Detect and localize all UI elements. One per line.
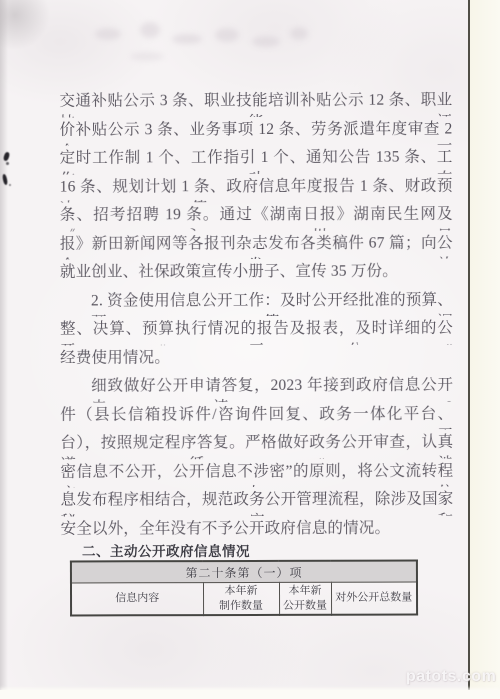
body-line: 报》新田新闻网等各报刊杂志发布各类稿件 67 篇；向公众发放 (60, 230, 453, 260)
bleed-through-smudge (140, 22, 160, 38)
scanner-bottom-edge (0, 690, 500, 699)
bleed-through-smudge (290, 27, 308, 40)
bleed-through-smudge (172, 34, 202, 44)
table-span-header: 第二十条第（一）项 (71, 561, 417, 583)
scanner-edge-strip (468, 0, 500, 699)
body-line: 密信息不公开，公开信息不涉密”的原则，将公文流转程序与信 (60, 458, 453, 488)
bleed-through-smudge (95, 28, 121, 40)
body-line: 息发布程序相结合，规范政务公开管理流程，除涉及国家秘密和 (60, 486, 453, 516)
body-line: 台），按照规定程序答复。严格做好政务公开审查，认真遵循“涉 (60, 429, 453, 459)
column-header-total-public: 对外公开总数量 (331, 582, 417, 615)
body-line: 细致做好公开申请答复，2023 年接到政府信息公开申请 8 (60, 372, 453, 402)
disclosure-statistics-table: 第二十条第（一）项 信息内容 本年新 制作数量 本年新 公开数量 对外公开总数量 (70, 560, 418, 617)
scanned-document-page: 交通补贴公示 3 条、职业技能培训补贴公示 12 条、职业技能评 价补贴公示 3… (0, 0, 500, 699)
body-line: 条、招考招聘 19 条。通过《湖南日报》湖南民生网及《永州日 (60, 201, 453, 231)
body-line: 2. 资金使用信息公开工作：及时公开经批准的预算、预算调 (60, 287, 453, 317)
body-line: 交通补贴公示 3 条、职业技能培训补贴公示 12 条、职业技能评 (59, 87, 452, 117)
body-line: 整、决算、预算执行情况的报告及报表，及时详细的公开“三公” (60, 315, 453, 345)
bleed-through-smudge (252, 36, 280, 47)
column-header-info-content: 信息内容 (71, 583, 203, 616)
body-line: 16 条、规划计划 1 条、政府信息年度报告 1 条、财政预决算 2 (60, 173, 453, 203)
bleed-through-smudge (215, 28, 239, 42)
body-line: 经费使用情况。 (60, 344, 453, 374)
body-line: 就业创业、社保政策宣传小册子、宣传 35 万份。 (60, 258, 453, 288)
page-left-edge-shadow (0, 0, 8, 699)
ink-speck (3, 151, 11, 161)
ink-speck (9, 184, 11, 186)
section-heading: 二、主动公开政府信息情况 (82, 540, 250, 560)
corner-shadow (0, 0, 50, 50)
body-line: 价补贴公示 3 条、业务事项 12 条、劳务派遣年度审查 2 个、不 (59, 116, 452, 146)
body-line: 件（县长信箱投诉件/咨询件回复、政务一体化平台、12345 平 (60, 401, 453, 431)
body-line: 定时工作制 1 个、工作指引 1 个、通知公告 135 条、工作动态 (60, 144, 453, 174)
ink-speck (6, 162, 9, 165)
watermark-text: patots.com (406, 668, 496, 686)
column-header-new-made: 本年新 制作数量 (203, 582, 279, 615)
column-header-new-published: 本年新 公开数量 (279, 582, 331, 615)
table-column-header-row: 信息内容 本年新 制作数量 本年新 公开数量 对外公开总数量 (71, 582, 417, 615)
bleed-through-smudge (130, 52, 164, 61)
document-body: 交通补贴公示 3 条、职业技能培训补贴公示 12 条、职业技能评 价补贴公示 3… (59, 87, 453, 544)
table-span-header-row: 第二十条第（一）项 (71, 561, 417, 583)
